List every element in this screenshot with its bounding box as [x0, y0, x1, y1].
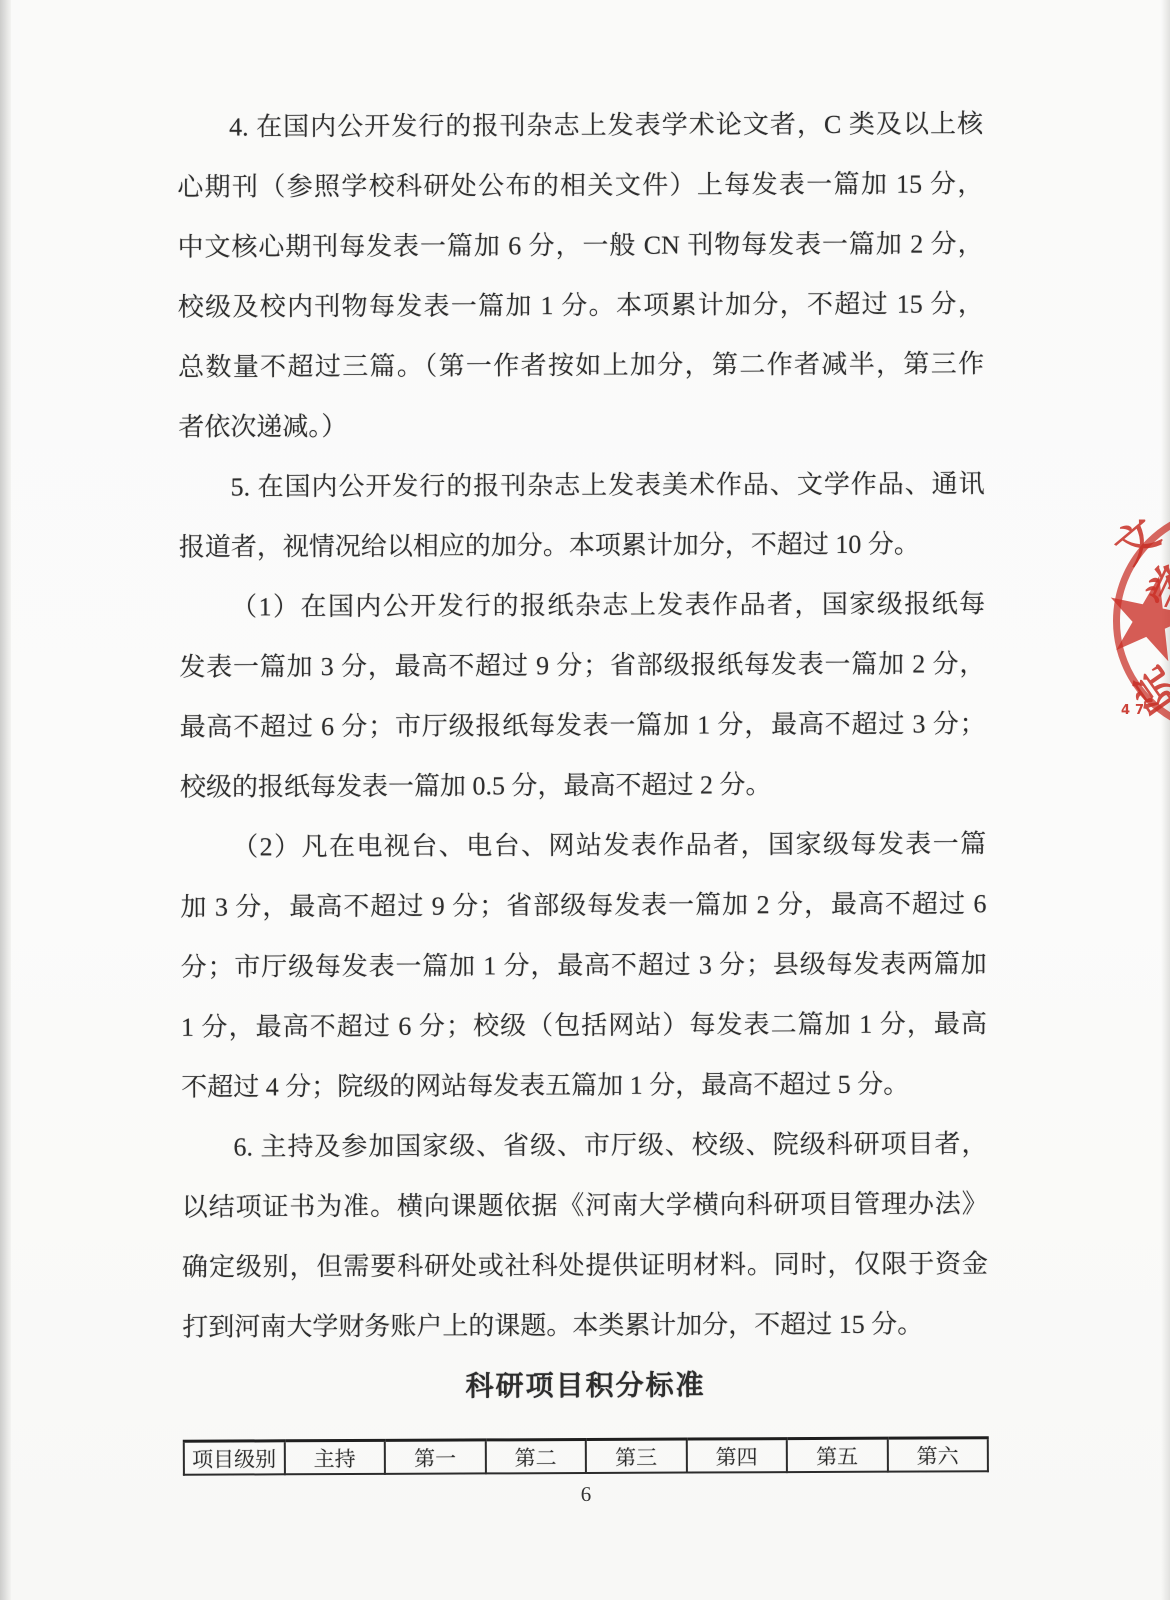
- table-header-cell: 第四: [686, 1439, 787, 1473]
- text-line: 总数量不超过三篇。（第一作者按如上加分，第二作者减半，第三作: [178, 334, 984, 398]
- page-left-edge-shadow: [0, 0, 11, 1600]
- page-number: 6: [183, 1474, 989, 1514]
- text-line: 4. 在国内公开发行的报刊杂志上发表学术论文者，C 类及以上核: [177, 94, 983, 158]
- text-line: 发表一篇加 3 分，最高不超过 9 分；省部级报纸每发表一篇加 2 分，: [179, 634, 985, 698]
- table-title: 科研项目积分标准: [182, 1354, 988, 1420]
- table-header-cell: 第五: [787, 1438, 888, 1472]
- text-line: 加 3 分，最高不超过 9 分；省部级每发表一篇加 2 分，最高不超过 6: [180, 874, 986, 938]
- seal-number: 47: [1121, 703, 1149, 718]
- table-header-cell: 主持: [284, 1440, 385, 1474]
- document-content: 4. 在国内公开发行的报刊杂志上发表学术论文者，C 类及以上核 心期刊（参照学校…: [177, 94, 989, 1514]
- text-line: 者依次递减。）: [178, 394, 984, 458]
- paragraph: （2）凡在电视台、电台、网站发表作品者，国家级每发表一篇 加 3 分，最高不超过…: [180, 814, 987, 1118]
- text-line: 校级及校内刊物每发表一篇加 1 分。本项累计加分，不超过 15 分，: [178, 274, 984, 338]
- text-line: 以结项证书为准。横向课题依据《河南大学横向科研项目管理办法》: [182, 1174, 988, 1238]
- page-right-edge-shadow: [1161, 0, 1170, 1600]
- text-line: 1 分，最高不超过 6 分；校级（包括网站）每发表二篇加 1 分，最高: [181, 994, 987, 1058]
- text-line: （1）在国内公开发行的报纸杂志上发表作品者，国家级报纸每: [179, 574, 985, 638]
- text-line: 打到河南大学财务账户上的课题。本类累计加分，不超过 15 分。: [182, 1294, 988, 1358]
- table-header-cell: 第二: [485, 1439, 586, 1473]
- star-icon: ★: [1089, 553, 1170, 683]
- table-header-cell: 第六: [887, 1438, 988, 1472]
- text-line: 心期刊（参照学校科研处公布的相关文件）上每发表一篇加 15 分，: [177, 154, 983, 218]
- score-table: 项目级别 主持 第一 第二 第三 第四 第五 第六: [183, 1436, 989, 1476]
- document-page: 4. 在国内公开发行的报刊杂志上发表学术论文者，C 类及以上核 心期刊（参照学校…: [0, 0, 1170, 1600]
- paragraph: （1）在国内公开发行的报纸杂志上发表作品者，国家级报纸每 发表一篇加 3 分，最…: [179, 574, 986, 818]
- text-line: 最高不超过 6 分；市厅级报纸每发表一篇加 1 分，最高不超过 3 分；: [180, 694, 986, 758]
- table-header-row: 项目级别 主持 第一 第二 第三 第四 第五 第六: [184, 1438, 988, 1475]
- paragraph: 5. 在国内公开发行的报刊杂志上发表美术作品、文学作品、通讯 报道者，视情况给以…: [178, 454, 985, 578]
- text-line: 5. 在国内公开发行的报刊杂志上发表美术作品、文学作品、通讯: [178, 454, 984, 518]
- text-line: （2）凡在电视台、电台、网站发表作品者，国家级每发表一篇: [180, 814, 986, 878]
- table-header-cell: 第三: [586, 1439, 687, 1473]
- text-line: 6. 主持及参加国家级、省级、市厅级、校级、院级科研项目者，: [181, 1114, 987, 1178]
- text-line: 分；市厅级每发表一篇加 1 分，最高不超过 3 分；县级每发表两篇加: [181, 934, 987, 998]
- text-line: 校级的报纸每发表一篇加 0.5 分，最高不超过 2 分。: [180, 754, 986, 818]
- seal-char-top: 文: [1108, 512, 1167, 571]
- text-line: 报道者，视情况给以相应的加分。本项累计加分，不超过 10 分。: [179, 514, 985, 578]
- text-line: 中文核心期刊每发表一篇加 6 分，一般 CN 刊物每发表一篇加 2 分，: [177, 214, 983, 278]
- table-header-cell: 第一: [385, 1440, 486, 1474]
- text-line: 不超过 4 分；院级的网站每发表五篇加 1 分，最高不超过 5 分。: [181, 1054, 987, 1118]
- table-header-cell: 项目级别: [184, 1441, 285, 1475]
- paragraph: 6. 主持及参加国家级、省级、市厅级、校级、院级科研项目者， 以结项证书为准。横…: [181, 1114, 988, 1358]
- text-line: 确定级别，但需要科研处或社科处提供证明材料。同时，仅限于资金: [182, 1234, 988, 1298]
- paragraph: 4. 在国内公开发行的报刊杂志上发表学术论文者，C 类及以上核 心期刊（参照学校…: [177, 94, 985, 458]
